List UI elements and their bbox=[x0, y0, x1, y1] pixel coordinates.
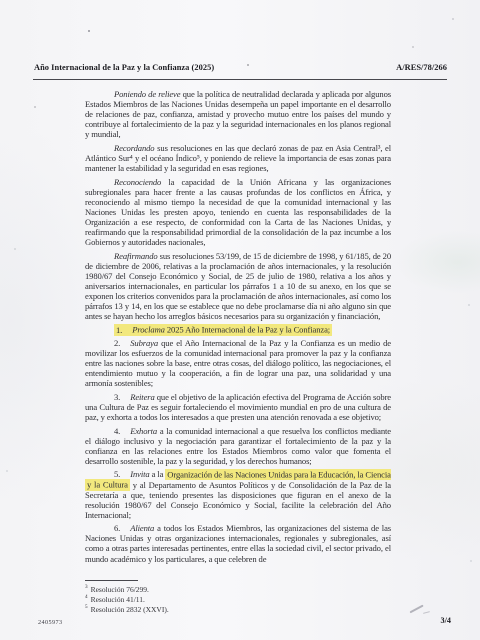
footnote-text: Resolución 76/299. bbox=[91, 585, 149, 594]
footnote-marker: 3 bbox=[85, 584, 88, 590]
preamble-paragraph: Recordando sus resoluciones en las que d… bbox=[85, 143, 391, 173]
footnote-text: Resolución 41/11. bbox=[91, 595, 145, 604]
operative-item-4: 4.Exhorta a la comunidad internacional a… bbox=[85, 426, 391, 466]
footnote-marker: 5 bbox=[85, 604, 88, 610]
footnote-text: Resolución 2832 (XXVI). bbox=[91, 605, 169, 614]
page-header: Año Internacional de la Paz y la Confian… bbox=[34, 63, 447, 72]
item-text: 2025 Año Internacional de la Paz y la Co… bbox=[165, 325, 330, 335]
item-lead: Invita bbox=[130, 469, 149, 479]
footnotes: 3Resolución 76/299. 4Resolución 41/11. 5… bbox=[85, 580, 385, 615]
scan-speckles bbox=[0, 0, 2, 2]
item-lead: Proclama bbox=[132, 325, 165, 335]
operative-item-6: 6.Alienta a todos los Estados Miembros, … bbox=[85, 523, 391, 563]
item-number: 3. bbox=[114, 392, 120, 402]
item-number: 4. bbox=[114, 426, 120, 436]
item-number: 6. bbox=[114, 523, 120, 533]
header-rule bbox=[33, 79, 447, 80]
preamble-paragraph: Poniendo de relieve que la política de n… bbox=[85, 89, 391, 139]
footnote-separator bbox=[85, 580, 138, 581]
operative-item-1: 1.Proclama 2025 Año Internacional de la … bbox=[85, 325, 391, 335]
highlighted-text: 1.Proclama 2025 Año Internacional de la … bbox=[114, 324, 332, 336]
document-title: Año Internacional de la Paz y la Confian… bbox=[34, 63, 214, 72]
preamble-lead: Reafirmando bbox=[114, 251, 158, 261]
footnote: 4Resolución 41/11. bbox=[85, 595, 385, 605]
item-lead: Exhorta bbox=[130, 426, 157, 436]
resolution-body: Poniendo de relieve que la política de n… bbox=[85, 89, 391, 581]
item-number: 1. bbox=[116, 325, 122, 335]
item-number: 5. bbox=[114, 469, 120, 479]
item-number: 2. bbox=[114, 338, 120, 348]
preamble-lead: Poniendo de relieve bbox=[114, 89, 180, 99]
operative-item-5: 5.Invita a la Organización de las Nacion… bbox=[85, 469, 391, 519]
item-text: a la bbox=[150, 469, 166, 479]
footnote: 3Resolución 76/299. bbox=[85, 585, 385, 595]
preamble-text: la capacidad de la Unión Africana y las … bbox=[85, 177, 391, 248]
page-number: 3/4 bbox=[441, 616, 451, 625]
preamble-lead: Recordando bbox=[114, 143, 155, 153]
pencil-mark bbox=[423, 611, 430, 614]
preamble-text: sus resoluciones 53/199, de 15 de diciem… bbox=[85, 251, 391, 322]
preamble-lead: Reconociendo bbox=[114, 177, 161, 187]
item-lead: Subraya bbox=[130, 338, 158, 348]
preamble-paragraph: Reconociendo la capacidad de la Unión Af… bbox=[85, 177, 391, 248]
preamble-paragraph: Reafirmando sus resoluciones 53/199, de … bbox=[85, 251, 391, 322]
item-text: y al Departamento de Asuntos Políticos y… bbox=[85, 480, 391, 520]
operative-item-2: 2.Subraya que el Año Internacional de la… bbox=[85, 338, 391, 388]
pencil-mark bbox=[410, 605, 424, 613]
resolution-number: A/RES/78/266 bbox=[396, 63, 447, 72]
item-lead: Reitera bbox=[130, 392, 154, 402]
job-number: 2405973 bbox=[38, 619, 62, 626]
item-lead: Alienta bbox=[130, 523, 154, 533]
operative-item-3: 3.Reitera que el objetivo de la aplicaci… bbox=[85, 392, 391, 422]
footnote: 5Resolución 2832 (XXVI). bbox=[85, 605, 385, 615]
document-page: Año Internacional de la Paz y la Confian… bbox=[0, 0, 480, 640]
footnote-marker: 4 bbox=[85, 594, 88, 600]
